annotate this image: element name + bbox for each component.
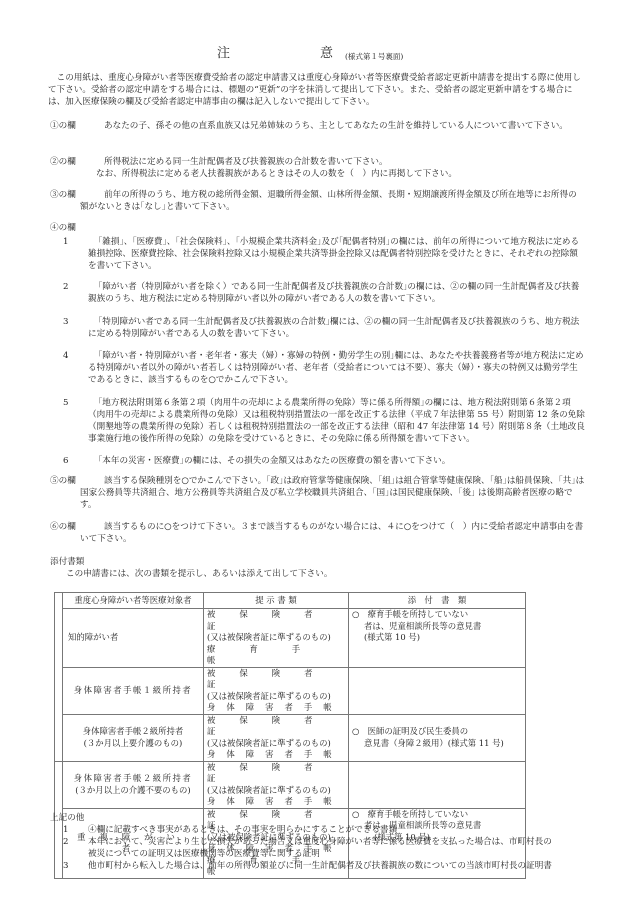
table-row: 身体障害者手帳２級所持者 (３か月以上の介護不要のもの) 被保険者証 (又は被保… — [55, 761, 526, 808]
row-2-present-line-1: 被保険者証 — [207, 668, 345, 691]
section-4-item-5-text: ｢地方税法附則第６条第２項（肉用牛の売却による農業所得の免除）等に係る所得額｣の… — [88, 397, 585, 445]
row-2-present-line-3: 身体障害者手帳 — [207, 702, 345, 714]
row-3-attach-line-2: 意見書（身障２級用）(様式第 11 号) — [352, 738, 522, 750]
table-gutter-1 — [55, 593, 63, 762]
section-4-item-4-text: ｢障がい者・特別障がい者・老年者・寡夫（婦）・寡婦の特例・勤労学生の別｣欄には、… — [88, 350, 585, 386]
table-header-row: 重度心身障がい者等医療対象者 提 示 書 類 添 付 書 類 — [55, 593, 526, 609]
section-4-item-5-num: 5 — [63, 397, 73, 409]
row-1-present-line-1: 被保険者証 — [207, 609, 345, 632]
others-item-1-text: ④欄に記載すべき事実があるときは、その事実を明らかにすることができる書類 — [88, 824, 397, 836]
section-4-item-3-text: ｢特別障がい者である同一生計配偶者及び扶養親族の合計数｣欄には、②の欄の同一生計… — [88, 316, 585, 340]
section-4-item-4-num: 4 — [63, 350, 73, 362]
row-3-attach-line-1: ○ 医師の証明及び民生委員の — [352, 726, 522, 738]
row-4-target-line-1: 身体障害者手帳２級所持者 — [66, 773, 200, 785]
row-3-present-line-3: 身体障害者手帳 — [207, 749, 345, 761]
others-item-2-num: 2 — [63, 836, 73, 848]
row-1-attach: ○ 療育手帳を所持していない 者は、児童相談所長等の意見書 (様式第 10 号) — [349, 609, 526, 668]
attachments-heading: 添付書類 — [50, 556, 84, 568]
row-3-present: 被保険者証 (又は被保険者証に準ずるのもの) 身体障害者手帳 — [204, 714, 349, 761]
section-1-text: あなたの子、孫その他の直系血族又は兄弟姉妹のうち、主としてあなたの生計を維持して… — [80, 120, 585, 132]
row-3-present-line-2: (又は被保険者証に準ずるのもの) — [207, 738, 345, 750]
intro-paragraph: この用紙は、重度心身障がい者等医療費受給者の認定申請書又は重度心身障がい者等医療… — [48, 72, 586, 108]
row-1-present: 被保険者証 (又は被保険者証に準ずるのもの) 療育手帳 — [204, 609, 349, 668]
row-4-present-line-2: (又は被保険者証に準ずるのもの) — [207, 785, 345, 797]
title-char-1: 注 — [217, 48, 230, 60]
others-item-2-text-cont: 被災についての証明又は医療機関等の医療費等に関する証明 — [88, 848, 320, 860]
section-2-label: ②の欄 — [50, 156, 90, 168]
section-2-text: 所得税法に定める同一生計配偶者及び扶養親族の合計数を書いて下さい。 — [104, 156, 388, 168]
section-4-item-2-text: ｢障がい者（特別障がい者を除く）である同一生計配偶者及び扶養親族の合計数｣の欄に… — [88, 281, 585, 305]
table-row: 知的障がい者 被保険者証 (又は被保険者証に準ずるのもの) 療育手帳 ○ 療育手… — [55, 609, 526, 668]
section-4-item-6-num: 6 — [63, 455, 73, 467]
row-1-target-text: 知的障がい者 — [66, 632, 200, 644]
row-4-target: 身体障害者手帳２級所持者 (３か月以上の介護不要のもの) — [63, 761, 204, 808]
header-target: 重度心身障がい者等医療対象者 — [63, 593, 204, 609]
row-1-attach-line-2: 者は、児童相談所長等の意見書 — [352, 621, 522, 633]
section-4-item-1-text: ｢雑損｣、｢医療費｣、｢社会保険料｣、｢小規模企業共済料金｣及び｢配偶者特別｣の… — [88, 236, 585, 272]
row-4-attach — [349, 761, 526, 808]
row-1-present-line-2: (又は被保険者証に準ずるのもの) — [207, 632, 345, 644]
form-number: (様式第１号裏面) — [345, 51, 403, 63]
section-6-text: 該当するものに○をつけて下さい。３まで該当するものがない場合には、４に○をつけて… — [80, 521, 585, 545]
others-item-3-num: 3 — [63, 860, 73, 872]
row-4-present-line-1: 被保険者証 — [207, 762, 345, 785]
row-2-target-text: 身体障害者手帳１級所持者 — [66, 685, 200, 697]
row-3-target-line-2: (３か月以上要介護のもの) — [66, 738, 200, 750]
row-2-present: 被保険者証 (又は被保険者証に準ずるのもの) 身体障害者手帳 — [204, 667, 349, 714]
row-1-attach-line-3: (様式第 10 号) — [352, 632, 522, 644]
table-row: 身体障害者手帳２級所持者 (３か月以上要介護のもの) 被保険者証 (又は被保険者… — [55, 714, 526, 761]
row-2-target: 身体障害者手帳１級所持者 — [63, 667, 204, 714]
table-row: 身体障害者手帳１級所持者 被保険者証 (又は被保険者証に準ずるのもの) 身体障害… — [55, 667, 526, 714]
section-4-item-1-num: 1 — [63, 236, 73, 248]
section-3-text: 前年の所得のうち、地方税の総所得金額、退職所得金額、山林所得金額、長期・短期譲渡… — [80, 189, 585, 213]
row-1-attach-line-1: ○ 療育手帳を所持していない — [352, 609, 522, 621]
row-4-present-line-3: 身体障害者手帳 — [207, 796, 345, 808]
section-4-item-6-text: ｢本年の災害・医療費｣の欄には、その損失の金額又はあなたの医療費の額を書いて下さ… — [88, 455, 585, 467]
row-3-target: 身体障害者手帳２級所持者 (３か月以上要介護のもの) — [63, 714, 204, 761]
section-5-text: 該当する保険種別を○でかこんで下さい。｢政｣は政府管掌等健康保険、｢組｣は組合管… — [80, 475, 585, 511]
header-attach: 添 付 書 類 — [349, 593, 526, 609]
row-3-attach: ○ 医師の証明及び民生委員の 意見書（身障２級用）(様式第 11 号) — [349, 714, 526, 761]
title-char-2: 意 — [320, 48, 333, 60]
section-4-item-2-num: 2 — [63, 281, 73, 293]
row-4-present: 被保険者証 (又は被保険者証に準ずるのもの) 身体障害者手帳 — [204, 761, 349, 808]
row-3-present-line-1: 被保険者証 — [207, 715, 345, 738]
section-4-item-3-num: 3 — [63, 316, 73, 328]
row-5-attach-line-1: ○ 療育手帳を所持していない — [352, 809, 522, 821]
row-2-attach — [349, 667, 526, 714]
header-present: 提 示 書 類 — [204, 593, 349, 609]
others-item-3-text: 他市町村から転入した場合は、前年の所得の額並びに同一生計配偶者及び扶養親族の数に… — [88, 860, 552, 872]
row-3-target-line-1: 身体障害者手帳２級所持者 — [66, 726, 200, 738]
row-4-target-line-2: (３か月以上の介護不要のもの) — [66, 785, 200, 797]
section-2-note: なお、所得税法に定める老人扶養親族があるときはその人の数を（ ）内に再掲して下さ… — [96, 168, 457, 180]
section-4-label: ④の欄 — [50, 222, 90, 234]
row-1-present-line-3: 療育手帳 — [207, 644, 345, 667]
others-item-1-num: 1 — [63, 824, 73, 836]
others-heading: 上記の他 — [50, 812, 84, 824]
others-item-2-text: 本年において、災害により生じた損失があった場合又は重度心身障がい者等に係る医療費… — [88, 836, 552, 848]
row-1-target: 知的障がい者 — [63, 609, 204, 668]
attachments-intro: この申請書には、次の書類を提示し、あるいは添えて出して下さい。 — [66, 568, 332, 580]
row-2-present-line-2: (又は被保険者証に準ずるのもの) — [207, 691, 345, 703]
